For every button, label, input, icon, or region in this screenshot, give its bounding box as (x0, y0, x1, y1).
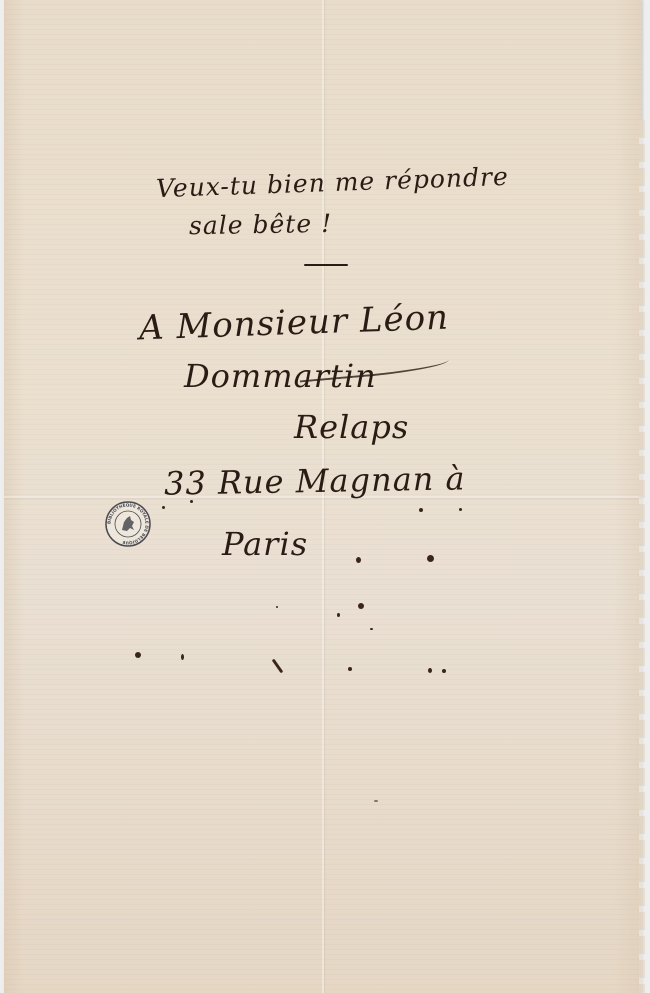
ink-blot (348, 667, 352, 671)
ink-blot (276, 606, 278, 608)
ink-blot (358, 603, 364, 609)
ink-blot (190, 500, 193, 503)
ink-blot (419, 508, 423, 512)
ink-blot (374, 800, 378, 802)
address-surname: Dommartin (184, 357, 377, 395)
ink-blot (370, 628, 373, 630)
ink-blot (427, 555, 434, 562)
ink-blot (135, 652, 141, 658)
ink-blot (337, 613, 340, 617)
ink-stroke (272, 659, 284, 674)
lion-seal-icon: BIBLIOTHÈQUE ROYALE DE BELGIQUE (104, 500, 152, 548)
message-line-1: Veux-tu bien me répondre (156, 162, 510, 203)
separator-dash (304, 264, 348, 266)
address-street: 33 Rue Magnan à (164, 459, 466, 502)
ink-blot (428, 668, 432, 673)
ink-blot (162, 506, 165, 509)
ink-blot (459, 508, 462, 511)
library-stamp: BIBLIOTHÈQUE ROYALE DE BELGIQUE (104, 500, 152, 548)
address-city: Paris (222, 525, 308, 563)
ink-blot (442, 669, 446, 673)
letter-page: Veux-tu bien me répondre sale bête ! A M… (4, 0, 642, 993)
address-pseudonym: Relaps (294, 408, 409, 446)
message-line-2: sale bête ! (189, 209, 333, 240)
ink-blot (356, 557, 361, 563)
ink-blot (181, 654, 184, 660)
address-recipient: A Monsieur Léon (138, 298, 449, 349)
